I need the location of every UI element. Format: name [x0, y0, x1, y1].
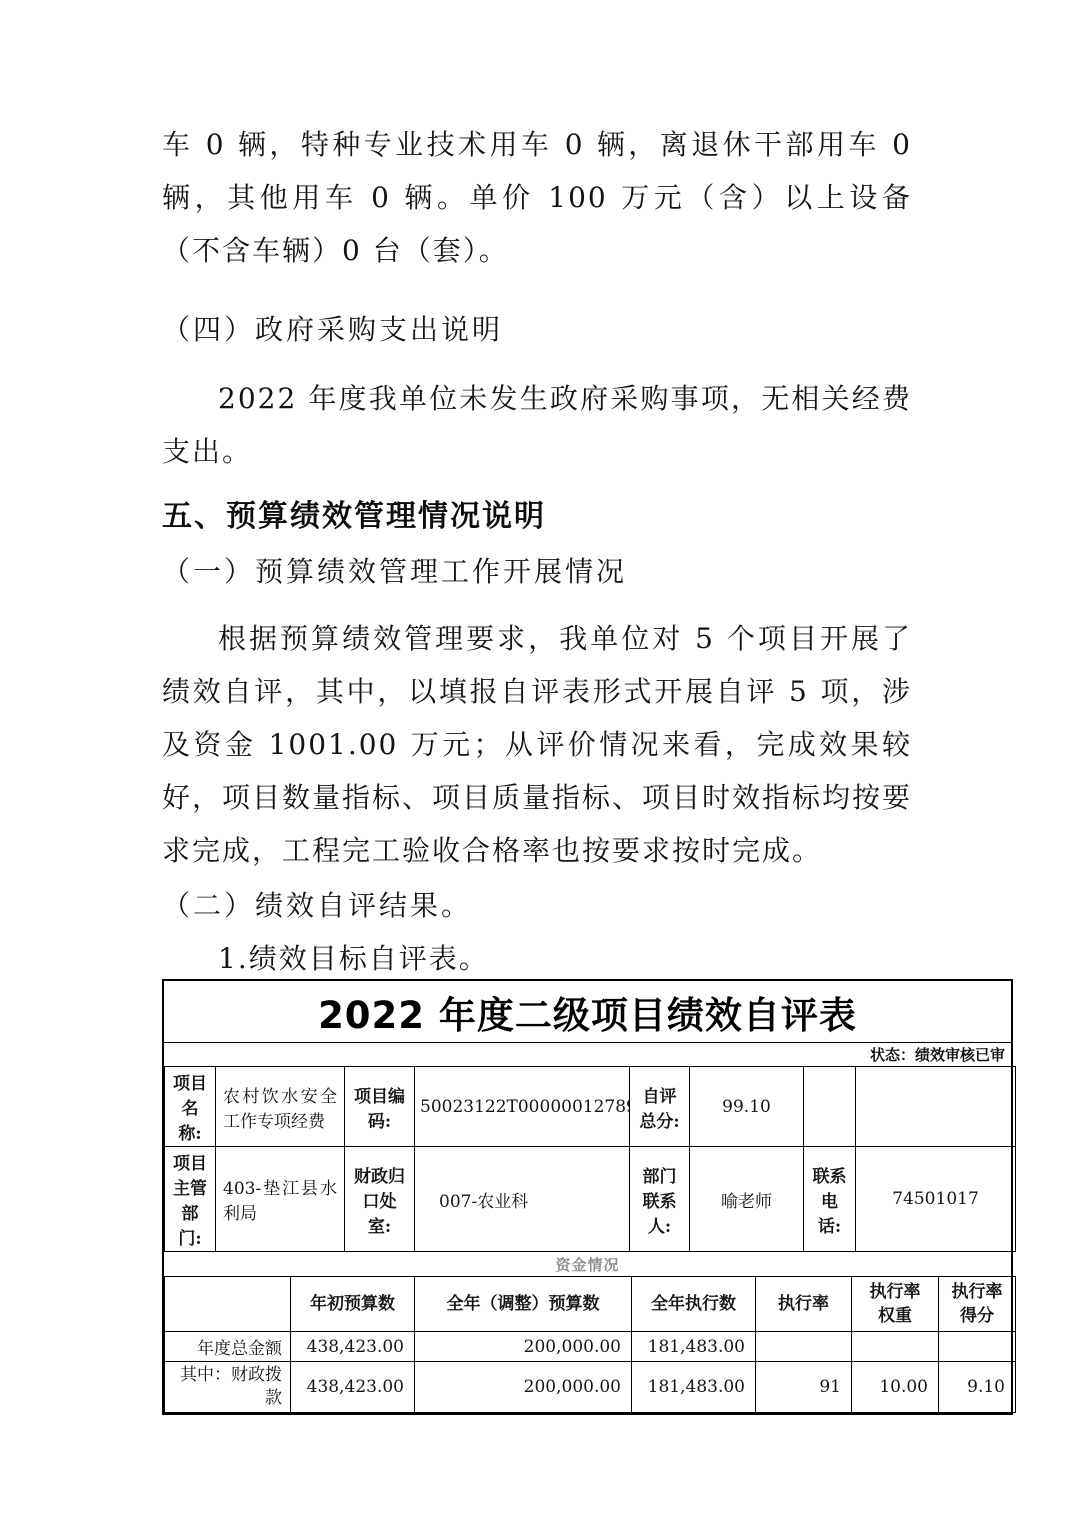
- rate-score-value: [939, 1332, 1016, 1362]
- table-title: 2022 年度二级项目绩效自评表: [164, 981, 1011, 1043]
- funding-header-row: 年初预算数 全年（调整）预算数 全年执行数 执行率 执行率 权重 执行率 得分: [165, 1277, 1016, 1332]
- contact-person-label: 部门联系人:: [630, 1147, 690, 1252]
- project-code-label: 项目编码:: [345, 1067, 415, 1147]
- table-row: 项目主管部门: 403-垫江县水利局 财政归口处室: 007-农业科 部门联系人…: [165, 1147, 1016, 1252]
- funding-row-fiscal-appropriation: 其中：财政拨款 438,423.00 200,000.00 181,483.00…: [165, 1362, 1016, 1413]
- paragraph-performance-review: 根据预算绩效管理要求，我单位对 5 个项目开展了绩效自评，其中，以填报自评表形式…: [162, 612, 912, 877]
- funding-section-header: 资金情况: [164, 1252, 1011, 1276]
- table-row: 项目名称: 农村饮水安全工作专项经费 项目编码: 50023122T000000…: [165, 1067, 1016, 1147]
- project-info-table: 项目名称: 农村饮水安全工作专项经费 项目编码: 50023122T000000…: [164, 1066, 1016, 1252]
- supervisor-dept-label: 项目主管部门:: [165, 1147, 216, 1252]
- rate-weight-value: 10.00: [852, 1362, 939, 1413]
- executed-value: 181,483.00: [632, 1332, 756, 1362]
- self-score-value: 99.10: [690, 1067, 804, 1147]
- adjusted-budget-value: 200,000.00: [415, 1362, 632, 1413]
- execution-rate-value: [756, 1332, 852, 1362]
- funding-row-label: 年度总金额: [165, 1332, 291, 1362]
- funding-table: 年初预算数 全年（调整）预算数 全年执行数 执行率 执行率 权重 执行率 得分 …: [164, 1276, 1016, 1413]
- project-code-value: 50023122T000000127893: [415, 1067, 630, 1147]
- paragraph-procurement: 2022 年度我单位未发生政府采购事项，无相关经费支出。: [162, 372, 912, 478]
- funding-col-executed: 全年执行数: [632, 1277, 756, 1332]
- supervisor-dept-value: 403-垫江县水利局: [216, 1147, 345, 1252]
- executed-value: 181,483.00: [632, 1362, 756, 1413]
- document-content: 车 0 辆，特种专业技术用车 0 辆，离退休干部用车 0 辆，其他用车 0 辆。…: [162, 0, 1013, 1415]
- project-name-label: 项目名称:: [165, 1067, 216, 1147]
- document-page: 车 0 辆，特种专业技术用车 0 辆，离退休干部用车 0 辆，其他用车 0 辆。…: [0, 0, 1075, 1521]
- paragraph-table-intro: 1.绩效目标自评表。: [162, 932, 912, 985]
- heading-section-5-2: （二）绩效自评结果。: [162, 879, 912, 932]
- funding-col-rate-weight: 执行率 权重: [852, 1277, 939, 1332]
- finance-office-value: 007-农业科: [415, 1147, 630, 1252]
- project-name-value: 农村饮水安全工作专项经费: [216, 1067, 345, 1147]
- funding-col-initial-budget: 年初预算数: [291, 1277, 415, 1332]
- funding-col-rate-score: 执行率 得分: [939, 1277, 1016, 1332]
- rate-weight-value: [852, 1332, 939, 1362]
- funding-row-label: 其中：财政拨款: [165, 1362, 291, 1413]
- funding-row-total: 年度总金额 438,423.00 200,000.00 181,483.00: [165, 1332, 1016, 1362]
- heading-section-5-1: （一）预算绩效管理工作开展情况: [162, 545, 912, 598]
- empty-cell: [804, 1067, 856, 1147]
- execution-rate-value: 91: [756, 1362, 852, 1413]
- self-score-label: 自评总分:: [630, 1067, 690, 1147]
- contact-phone-label: 联系电话:: [804, 1147, 856, 1252]
- adjusted-budget-value: 200,000.00: [415, 1332, 632, 1362]
- contact-phone-value: 74501017: [856, 1147, 1016, 1252]
- rate-score-value: 9.10: [939, 1362, 1016, 1413]
- heading-section-5: 五、预算绩效管理情况说明: [162, 490, 912, 543]
- initial-budget-value: 438,423.00: [291, 1332, 415, 1362]
- paragraph-vehicles-continued: 车 0 辆，特种专业技术用车 0 辆，离退休干部用车 0 辆，其他用车 0 辆。…: [162, 118, 912, 277]
- heading-section-4: （四）政府采购支出说明: [162, 303, 912, 356]
- finance-office-label: 财政归口处室:: [345, 1147, 415, 1252]
- empty-cell: [856, 1067, 1016, 1147]
- funding-col-execution-rate: 执行率: [756, 1277, 852, 1332]
- contact-person-value: 喻老师: [690, 1147, 804, 1252]
- table-status-badge: 状态：绩效审核已审: [164, 1043, 1011, 1066]
- funding-col-blank: [165, 1277, 291, 1332]
- self-evaluation-table: 2022 年度二级项目绩效自评表 状态：绩效审核已审 项目名称: 农村饮水安全工…: [162, 979, 1013, 1415]
- funding-col-adjusted-budget: 全年（调整）预算数: [415, 1277, 632, 1332]
- initial-budget-value: 438,423.00: [291, 1362, 415, 1413]
